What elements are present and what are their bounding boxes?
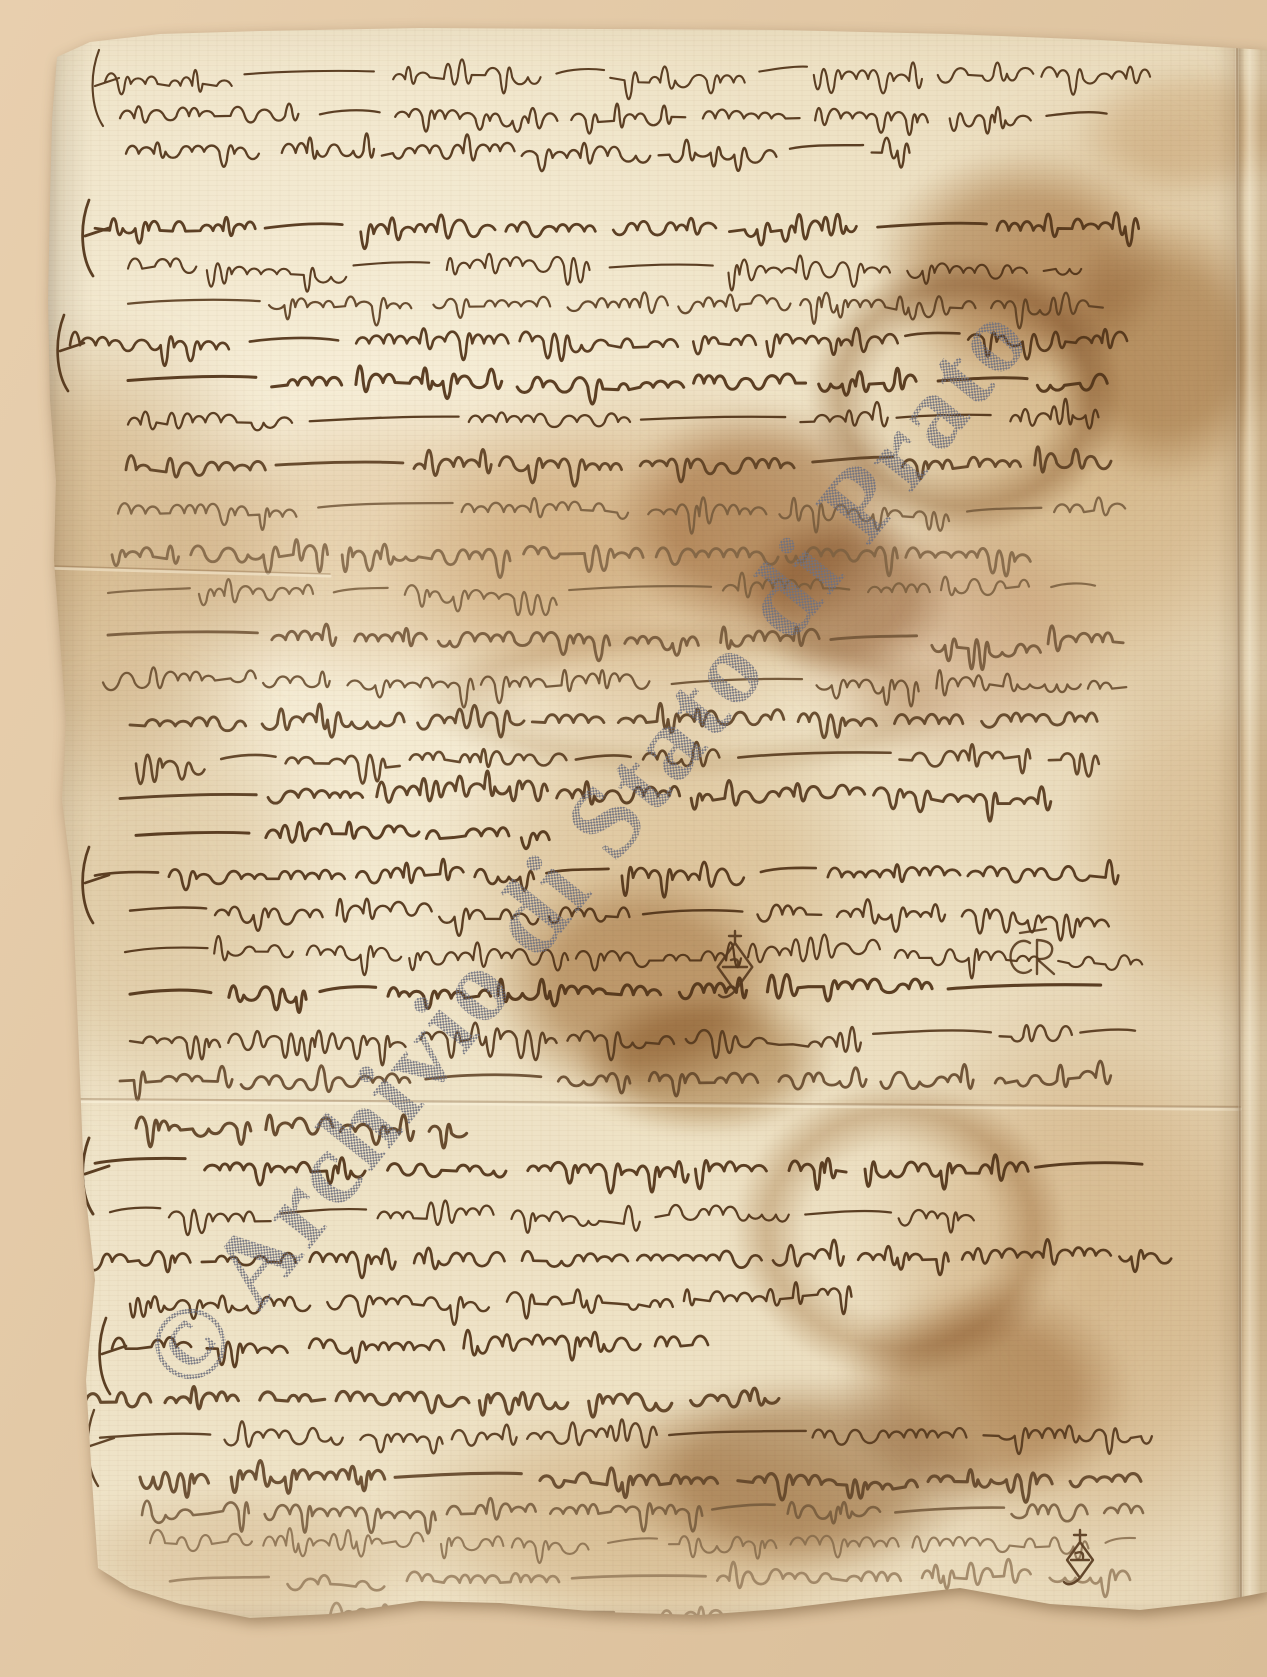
handwriting-line bbox=[100, 1318, 719, 1394]
handwriting-line bbox=[103, 667, 1141, 707]
handwriting-line bbox=[83, 200, 1154, 276]
handwriting-line bbox=[130, 1282, 859, 1324]
handwriting-line bbox=[120, 1061, 1131, 1100]
handwriting-line bbox=[125, 935, 1163, 979]
handwriting-line bbox=[136, 742, 1118, 784]
handwriting-line bbox=[130, 975, 1101, 1013]
manuscript-page: © Archivio di Stato di Prato bbox=[0, 0, 1267, 1677]
handwriting-line bbox=[130, 1023, 1135, 1066]
paper-sheet: © Archivio di Stato di Prato bbox=[0, 0, 1267, 1677]
handwriting-line bbox=[83, 847, 1141, 923]
handwriting-line bbox=[128, 292, 1124, 328]
handwriting-line bbox=[110, 1201, 985, 1236]
handwriting-line bbox=[136, 1115, 484, 1148]
handwriting-line bbox=[130, 703, 1107, 737]
handwriting-line bbox=[85, 1387, 795, 1418]
handwriting-line bbox=[88, 1410, 1172, 1486]
handwriting-line bbox=[170, 1559, 1152, 1597]
handwriting-line bbox=[83, 1138, 1142, 1214]
handwriting-line bbox=[118, 497, 1142, 533]
handwriting-line bbox=[126, 133, 923, 171]
handwriting-line bbox=[330, 1603, 745, 1624]
margin-plus-mark bbox=[63, 1245, 89, 1271]
handwriting-line bbox=[140, 1461, 1151, 1503]
handwriting-line bbox=[86, 1239, 1186, 1278]
handwriting-line bbox=[120, 771, 1072, 821]
handwriting-line bbox=[130, 899, 1121, 941]
handwriting-layer bbox=[0, 0, 1267, 1677]
handwriting-line bbox=[128, 254, 1094, 292]
handwriting-line bbox=[108, 624, 1134, 669]
handwriting-line bbox=[136, 822, 568, 849]
handwriting-line bbox=[128, 399, 1106, 430]
handwriting-line bbox=[142, 1498, 1150, 1533]
handwriting-line bbox=[108, 573, 1095, 615]
handwriting-line bbox=[128, 366, 1116, 404]
margin-monogram-cr bbox=[1011, 929, 1054, 974]
merchant-mark-diamond bbox=[1064, 1530, 1093, 1584]
handwriting-line bbox=[120, 104, 1107, 135]
handwriting-line bbox=[126, 447, 1118, 486]
handwriting-line bbox=[150, 1528, 1135, 1563]
scanner-bed: © Archivio di Stato di Prato bbox=[0, 0, 1267, 1677]
